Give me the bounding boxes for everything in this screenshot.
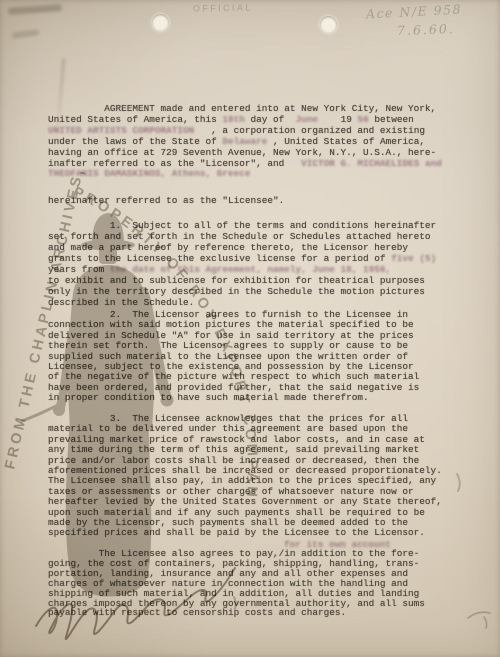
scanned-document-page: OFFICIAL Ace N/E 958 7.6.60. AGREEMENT m… [0,0,500,657]
typed-text: AGREEMENT made and entered into at New Y… [0,0,500,657]
paragraph-clause-2: 2. The Licensor agrees to furnish to the… [48,310,419,404]
hole-punch-right [320,16,337,33]
paragraph-clause-1: 1. Subject to all of the terms and condi… [48,220,436,308]
paragraph-clause-3: 3. The Licensee acknowledges that the pr… [48,414,442,539]
paragraph-intro: AGREEMENT made and entered into at New Y… [48,104,442,180]
paragraph-licensee-line: hereinafter referred to as the "Licensee… [48,196,284,207]
paragraph-clause-4: The Licensee also agrees to pay,/in addi… [48,549,425,618]
hole-punch-left [152,14,169,31]
